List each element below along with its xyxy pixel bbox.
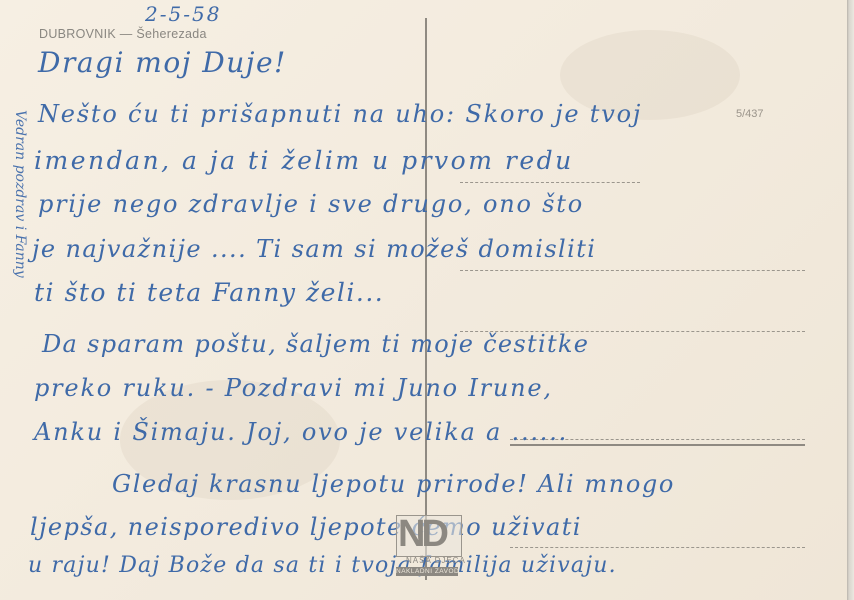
handwritten-line-7: Da sparam poštu, šaljem ti moje čestitke bbox=[42, 330, 589, 358]
serial-number: 5/437 bbox=[736, 108, 764, 120]
logo-mark: ND bbox=[398, 513, 445, 556]
address-line-1 bbox=[460, 182, 640, 183]
handwritten-line-4: prije nego zdravlje i sve drugo, ono što bbox=[38, 190, 584, 218]
handwritten-line-12: u raju! Daj Bože da sa ti i tvoja famili… bbox=[28, 553, 617, 578]
logo-band: NAKLADNI ZAVOD bbox=[396, 567, 458, 576]
publisher-logo: ND NAŠA DJECA NAKLADNI ZAVOD bbox=[392, 511, 468, 577]
handwritten-line-8: preko ruku. - Pozdravi mi Juno Irune, bbox=[34, 374, 553, 402]
handwritten-line-9: Anku i Šimaju. Joj, ovo je velika a ....… bbox=[34, 418, 568, 446]
handwritten-line-6: ti što ti teta Fanny želi... bbox=[34, 278, 384, 307]
postcard-back: DUBROVNIK — Šeherezada 5/437 2-5-58 Vedr… bbox=[0, 0, 848, 600]
handwritten-line-5: je najvažnije .... Ti sam si možeš domis… bbox=[32, 235, 596, 263]
card-edge bbox=[847, 0, 854, 600]
handwritten-line-11: ljepša, neisporedivo ljepote ćemo uživat… bbox=[30, 513, 582, 541]
logo-name: NAŠA DJECA bbox=[406, 556, 466, 565]
address-line-2 bbox=[460, 270, 805, 271]
handwritten-line-1: Dragi moj Duje! bbox=[38, 46, 287, 79]
handwritten-line-10: Gledaj krasnu ljepotu prirode! Ali mnogo bbox=[112, 470, 675, 498]
printed-caption: DUBROVNIK — Šeherezada bbox=[39, 27, 207, 41]
handwritten-line-3: imendan, a ja ti želim u prvom redu bbox=[34, 146, 574, 175]
handwritten-line-2: Nešto ću ti prišapnuti na uho: Skoro je … bbox=[38, 100, 642, 128]
address-line-5 bbox=[510, 547, 805, 548]
margin-note: Vedran pozdrav i Fanny bbox=[12, 110, 28, 278]
handwritten-date: 2-5-58 bbox=[145, 2, 221, 26]
